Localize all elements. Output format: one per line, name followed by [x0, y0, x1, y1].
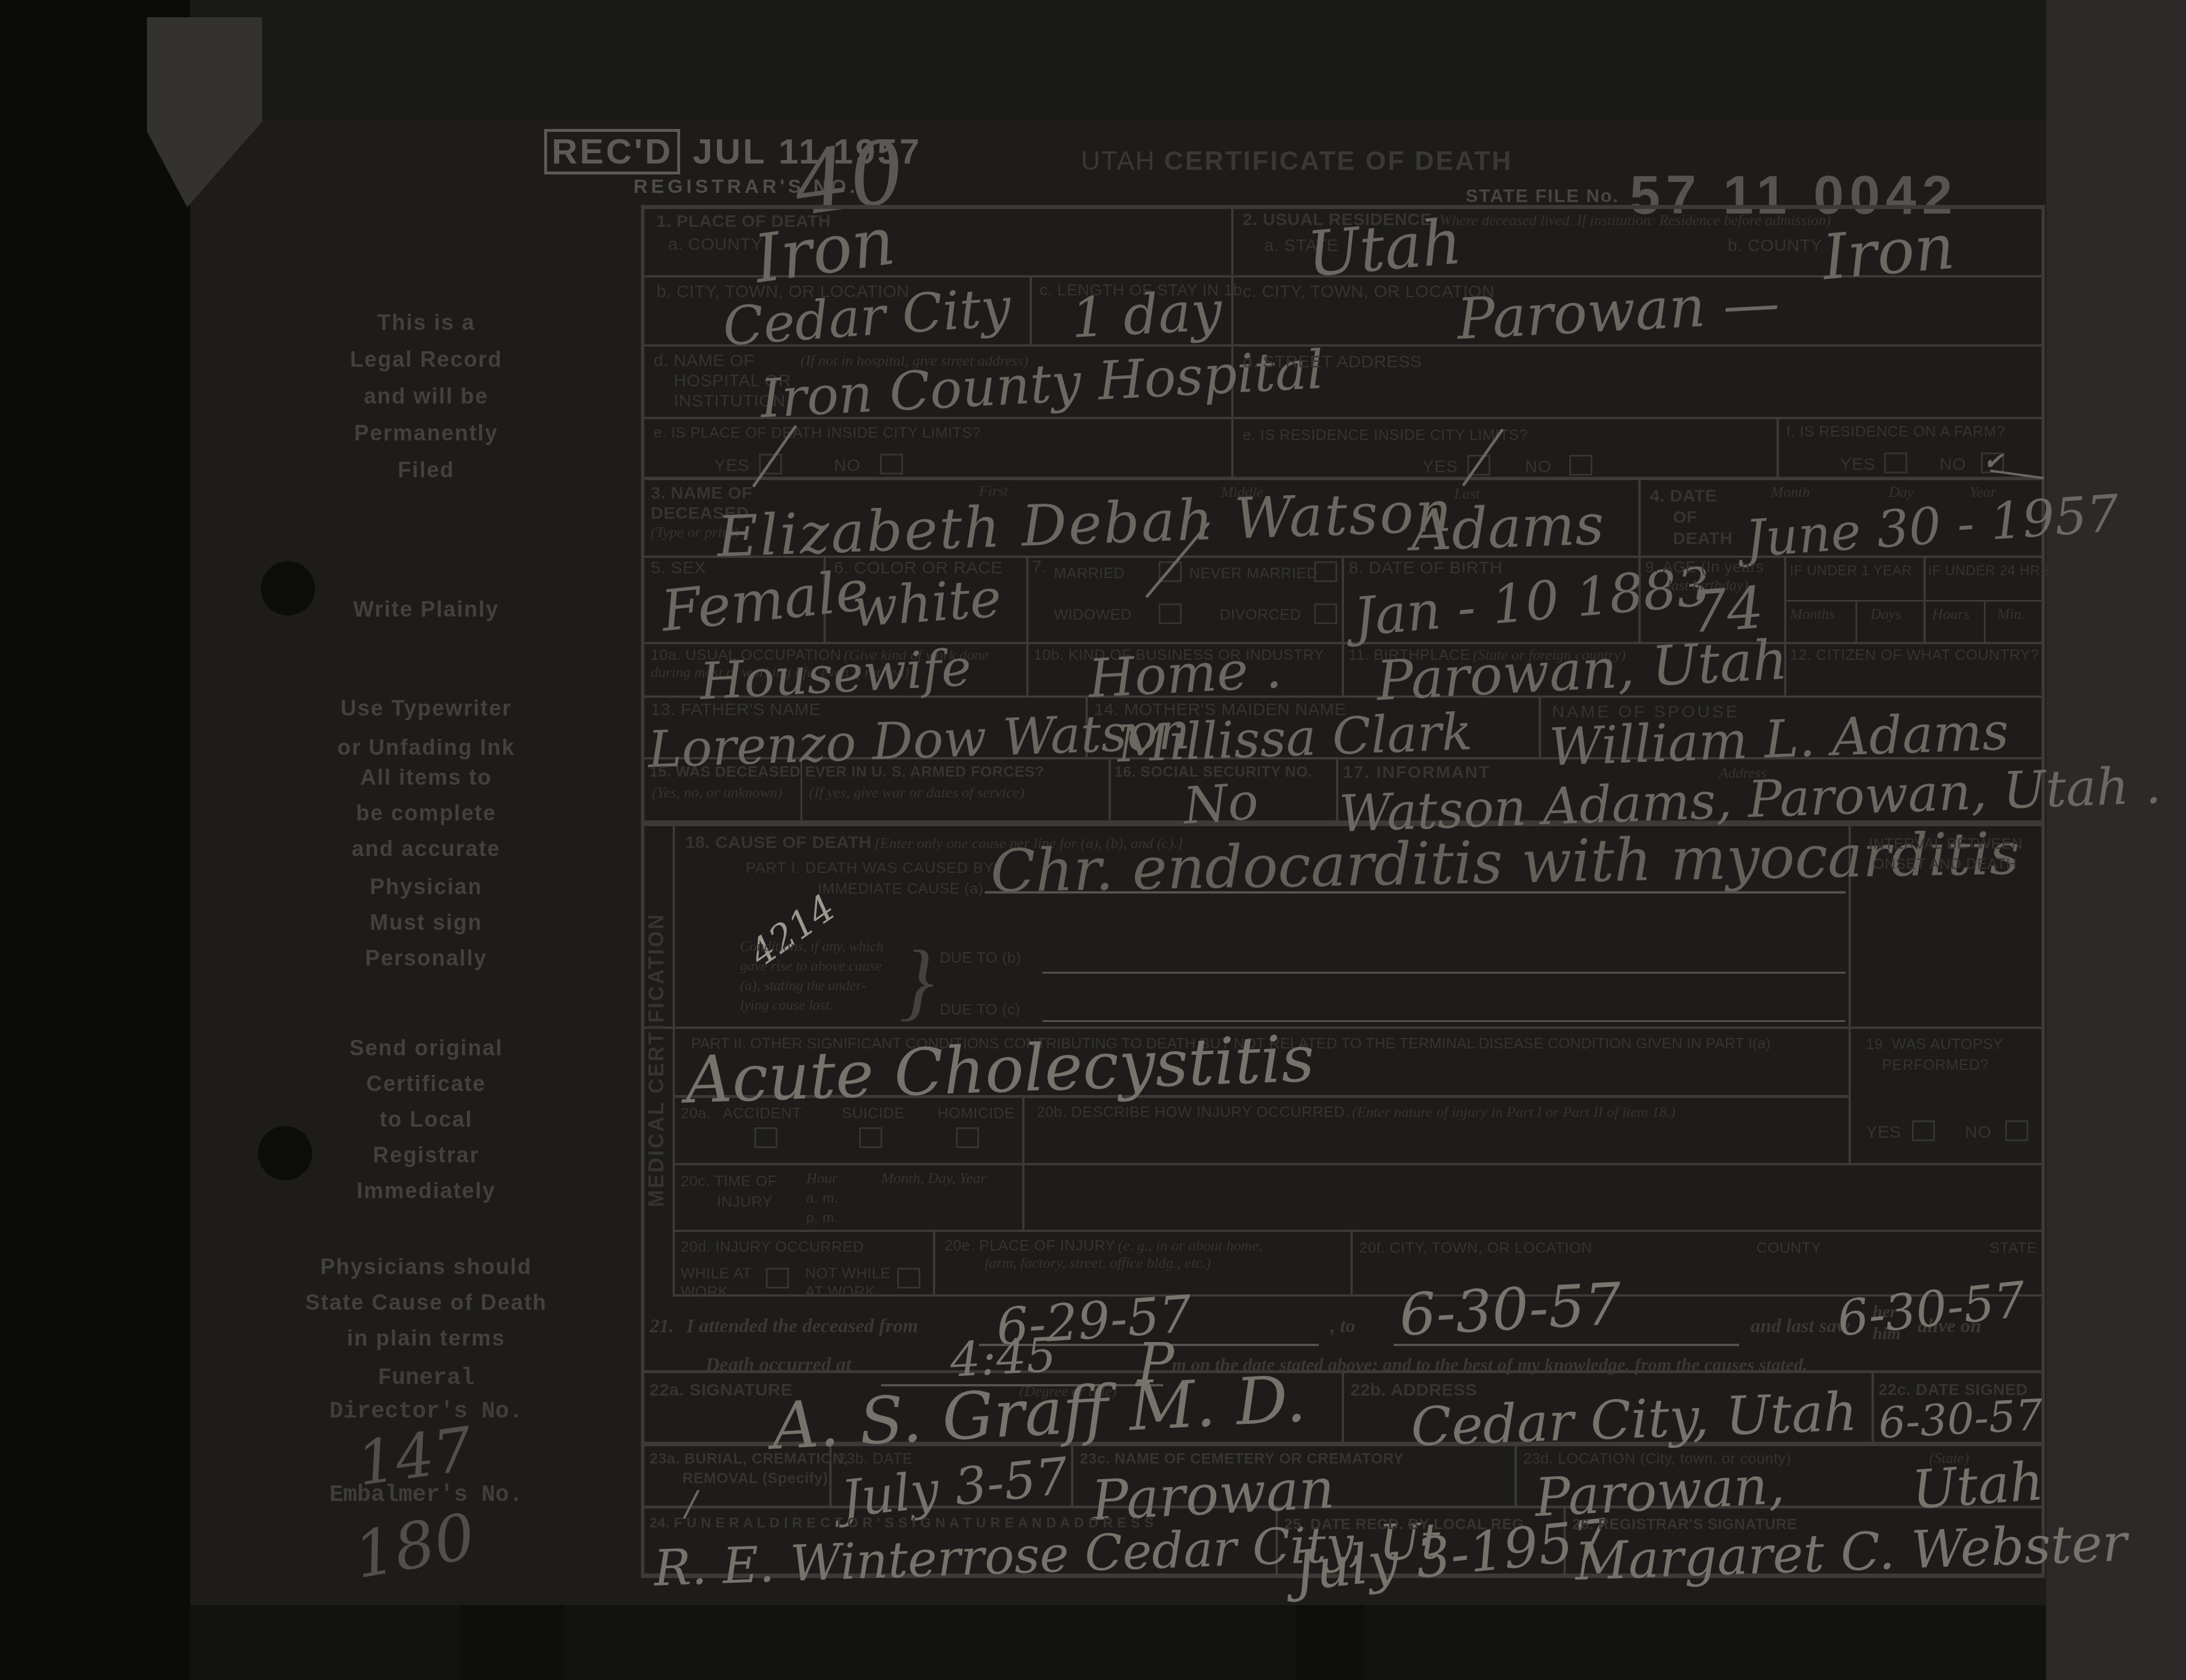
- margin-note-typewriter: or Unfading Ink: [271, 736, 582, 761]
- attended-number: 21.: [650, 1316, 674, 1337]
- state-file-label: STATE FILE No.: [1466, 185, 1619, 207]
- margin-note-items: and accurate: [271, 837, 582, 862]
- attended-to-value: 6-30-57: [1398, 1275, 1623, 1344]
- date-signed-value: 6-30-57: [1877, 1394, 2044, 1445]
- scan-streak: [461, 1605, 564, 1680]
- yes-label: YES: [714, 456, 750, 476]
- margin-note-cause: Physicians should: [271, 1255, 582, 1280]
- suicide-label: SUICIDE: [842, 1104, 905, 1122]
- suicide-checkbox: [859, 1127, 882, 1148]
- margin-note-legal: This is a: [271, 311, 582, 336]
- autopsy-label: PERFORMED?: [1882, 1056, 1989, 1074]
- divorced-checkbox: [1314, 603, 1337, 624]
- time-of-injury-label: INJURY: [717, 1193, 772, 1211]
- month-day-year-header: Month, Day, Year: [881, 1170, 986, 1187]
- death-city-limits-no-checkbox: [880, 454, 903, 474]
- date-of-death-label: 4. DATE: [1650, 486, 1717, 506]
- grid-divider: [1984, 600, 1986, 642]
- due-b-line: [1042, 972, 1846, 974]
- grid-divider: [1109, 757, 1111, 820]
- describe-injury-text: 20b. DESCRIBE HOW INJURY OCCURRED.: [1037, 1103, 1349, 1120]
- homicide-checkbox: [956, 1127, 979, 1148]
- residence-city-value: Parowan —: [1456, 275, 1781, 348]
- armed-forces-note2: (If yes, give war or dates of service): [809, 784, 1024, 801]
- grid-divider: [1022, 1095, 1024, 1230]
- box-border-right: [2041, 205, 2045, 1577]
- am-label: a. m.: [806, 1191, 838, 1207]
- funeral-director-no-label: Funeral: [271, 1366, 582, 1392]
- not-while-at-work-label: AT WORK: [805, 1283, 875, 1301]
- place-of-injury-note2: farm, factory, street, office bldg., etc…: [985, 1255, 1211, 1271]
- min-header: Min.: [1997, 606, 2025, 623]
- margin-note-physician: Personally: [271, 947, 582, 971]
- citizen-label: 12. CITIZEN OF WHAT COUNTRY?: [1790, 646, 2039, 664]
- not-while-at-work-label: NOT WHILE: [805, 1264, 890, 1282]
- month-header: Month: [1771, 484, 1810, 501]
- margin-note-physician: Physician: [271, 875, 582, 900]
- margin-note-write-plainly: Write Plainly: [271, 598, 582, 622]
- grid-line: [673, 1230, 2044, 1232]
- residence-county-label: b. COUNTY: [1728, 236, 1823, 256]
- residence-city-limits-no-checkbox: [1569, 455, 1592, 476]
- grid-divider: [1855, 600, 1857, 642]
- margin-note-send: Registrar: [271, 1143, 582, 1168]
- county-value: Iron: [750, 208, 898, 294]
- mother-name-value: Millissa Clark: [1117, 706, 1473, 769]
- name-of-deceased-label: 3. NAME OF: [651, 484, 753, 503]
- burial-label: 23a. BURIAL, CREMATION,: [650, 1450, 848, 1468]
- hours-header: Hours: [1932, 606, 1969, 623]
- grid-divider: [1350, 1230, 1353, 1294]
- margin-note-send: Certificate: [271, 1072, 582, 1097]
- accident-checkbox: [754, 1127, 777, 1148]
- injury-county-label: COUNTY: [1756, 1239, 1821, 1257]
- autopsy-label: 19. WAS AUTOPSY: [1866, 1035, 2003, 1053]
- no-label: NO: [1525, 457, 1551, 477]
- residence-farm-yes-checkbox: [1884, 453, 1907, 473]
- part1-label: PART I. DEATH WAS CAUSED BY:: [746, 859, 998, 877]
- death-city-limits-label: e. IS PLACE OF DEATH INSIDE CITY LIMITS?: [654, 424, 981, 442]
- scan-right-band: [2046, 0, 2186, 1680]
- interval-label: INTERVAL BETWEEN: [1869, 835, 2023, 853]
- death-occurred-text: Death occurred at: [705, 1354, 851, 1376]
- grid-divider: [1342, 556, 1344, 695]
- cause-a-line: [985, 891, 1846, 894]
- marital-number: 7.: [1032, 557, 1047, 577]
- margin-note-legal: Legal Record: [271, 348, 582, 373]
- no-label: NO: [1940, 455, 1966, 474]
- occupation-value: Housewife: [699, 643, 973, 708]
- margin-note-legal: Permanently: [271, 421, 582, 446]
- pm-label: p. m.: [806, 1210, 838, 1226]
- if-under-24-hrs-label: IF UNDER 24 HRS.: [1928, 563, 2054, 579]
- homicide-label: HOMICIDE: [938, 1104, 1015, 1122]
- margin-note-typewriter: Use Typewriter: [271, 697, 582, 721]
- widowed-checkbox: [1159, 603, 1182, 624]
- age-label: 9. AGE (In years: [1645, 558, 1764, 576]
- margin-note-cause: in plain terms: [271, 1326, 582, 1351]
- embalmer-no-value: 180: [350, 1504, 480, 1588]
- street-address-label: d. STREET ADDRESS: [1243, 352, 1422, 372]
- margin-note-items: be complete: [271, 801, 582, 826]
- residence-state-value: Utah: [1305, 211, 1464, 287]
- place-of-injury-note1: (e. g., in or about home,: [1118, 1237, 1263, 1254]
- margin-note-cause: State Cause of Death: [271, 1291, 582, 1316]
- cemetery-location-state-value: Utah: [1910, 1455, 2045, 1517]
- margin-note-legal: and will be: [271, 385, 582, 409]
- attended-to-line: [1394, 1344, 1739, 1346]
- length-of-stay-value: 1 day: [1070, 284, 1223, 347]
- yes-label: YES: [1866, 1123, 1902, 1142]
- usual-residence-title-note: (Where deceased lived. If institution: R…: [1434, 212, 1831, 229]
- armed-forces-label: 15. WAS DECEASED EVER IN U. S. ARMED FOR…: [650, 763, 1045, 781]
- yes-label: YES: [1422, 457, 1458, 477]
- accident-group-number: 20a.: [681, 1104, 711, 1122]
- if-under-1-year-label: IF UNDER 1 YEAR: [1790, 563, 1912, 579]
- no-label: NO: [834, 456, 860, 476]
- scan-left-band: [0, 0, 190, 1680]
- attended-to-text: , to: [1330, 1316, 1355, 1337]
- page-title: UTAH CERTIFICATE OF DEATH: [1081, 145, 1513, 176]
- margin-note-send: to Local: [271, 1108, 582, 1132]
- cause-of-death-label: 18. CAUSE OF DEATH: [685, 833, 872, 852]
- married-label: MARRIED: [1054, 564, 1125, 582]
- date-of-death-label: OF: [1673, 508, 1698, 527]
- burial-label2-text: REMOVAL (Specify): [682, 1469, 828, 1487]
- county-label: a. COUNTY: [668, 235, 763, 254]
- grid-divider: [1872, 1370, 1874, 1442]
- margin-note-legal: Filed: [271, 458, 582, 483]
- deceased-lastname-value: Adams: [1410, 496, 1604, 560]
- due-c-line: [1042, 1020, 1846, 1022]
- injury-state-label: STATE: [1990, 1239, 2037, 1257]
- grid-divider: [1030, 275, 1032, 344]
- margin-note-items: All items to: [271, 766, 582, 790]
- place-of-injury-text: 20e. PLACE OF INJURY: [944, 1237, 1115, 1254]
- injury-city-label: 20f. CITY, TOWN, OR LOCATION: [1359, 1239, 1592, 1257]
- residence-city-limits-label: e. IS RESIDENCE INSIDE CITY LIMITS?: [1243, 426, 1528, 444]
- never-married-label: NEVER MARRIED: [1189, 564, 1318, 582]
- grid-line: [641, 477, 2044, 480]
- medical-strip-divider: [673, 826, 675, 1294]
- place-of-injury-label: 20e. PLACE OF INJURY (e. g., in or about…: [944, 1237, 1342, 1272]
- not-while-at-work-checkbox: [897, 1268, 920, 1288]
- describe-injury-label: 20b. DESCRIBE HOW INJURY OCCURRED. (Ente…: [1037, 1103, 1675, 1121]
- date-of-death-label: DEATH: [1673, 529, 1733, 549]
- grid-divider: [933, 1230, 935, 1294]
- medical-certification-label: MEDICAL CERTIFICATION: [644, 801, 669, 1319]
- days-header: Days: [1870, 606, 1901, 623]
- while-at-work-checkbox: [766, 1268, 789, 1288]
- burial-label2: REMOVAL (Specify): [682, 1469, 828, 1487]
- never-married-checkbox: [1314, 561, 1337, 582]
- no-label: NO: [1965, 1123, 1991, 1142]
- armed-forces-note1: (Yes, no, or unknown): [652, 784, 783, 801]
- immediate-cause-label: IMMEDIATE CAUSE (a): [818, 880, 984, 898]
- last-saw-text: and last saw: [1751, 1316, 1850, 1337]
- grid-divider: [1923, 556, 1926, 642]
- grid-line: [673, 1163, 2044, 1165]
- scan-streak: [1296, 1605, 1365, 1680]
- autopsy-yes-checkbox: [1912, 1120, 1935, 1141]
- page-title-state: UTAH: [1081, 146, 1164, 176]
- grid-line: [641, 1027, 2044, 1029]
- conditions-note: Conditions, if any, which gave rise to a…: [740, 937, 893, 1016]
- grid-divider: [1342, 1370, 1344, 1442]
- due-to-b-label: DUE TO (b): [940, 949, 1021, 967]
- interval-label: ONSET AND DEATH: [1873, 855, 2017, 873]
- attended-text: I attended the deceased from: [686, 1316, 918, 1337]
- grid-divider: [1539, 695, 1541, 757]
- grid-divider: [1071, 1442, 1073, 1506]
- physician-address-value: Cedar City, Utah: [1410, 1385, 1858, 1454]
- time-of-injury-label: 20c. TIME OF: [681, 1172, 777, 1190]
- residence-farm-label: f. IS RESIDENCE ON A FARM?: [1786, 423, 2005, 440]
- age-sub-line: [1784, 600, 2044, 602]
- margin-note-send: Immediately: [271, 1179, 582, 1204]
- injury-occurred-label: 20d. INJURY OCCURRED: [681, 1238, 864, 1256]
- business-value: Home .: [1087, 643, 1283, 705]
- received-stamp-word: REC'D: [544, 129, 680, 174]
- grid-divider: [1231, 205, 1234, 477]
- while-at-work-label: WORK: [681, 1283, 728, 1301]
- page-title-main: CERTIFICATE OF DEATH: [1164, 146, 1513, 176]
- divorced-label: DIVORCED: [1220, 606, 1301, 624]
- yes-label: YES: [1840, 455, 1876, 474]
- margin-note-physician: Must sign: [271, 911, 582, 936]
- embalmer-no-label: Embalmer's No.: [271, 1483, 582, 1508]
- grid-divider: [1777, 417, 1779, 477]
- ssn-value: No: [1182, 776, 1260, 832]
- hospital-label: d. NAME OF: [654, 351, 754, 371]
- while-at-work-label: WHILE AT: [681, 1264, 752, 1282]
- describe-injury-note: (Enter nature of injury in Part I or Par…: [1352, 1104, 1676, 1120]
- widowed-label: WIDOWED: [1054, 606, 1132, 624]
- months-header: Months: [1790, 606, 1835, 623]
- margin-note-send: Send original: [271, 1036, 582, 1061]
- scanned-death-certificate: REC'D JUL 11 1957 REGISTRAR'S NO. 40 UTA…: [0, 0, 2186, 1680]
- autopsy-no-checkbox: [2005, 1120, 2028, 1141]
- immediate-cause-value: Chr. endocarditis with myocarditis: [990, 824, 2020, 901]
- scan-top-band: [190, 0, 2046, 120]
- hour-header: Hour: [806, 1170, 838, 1187]
- conditions-brace: }: [900, 932, 934, 1031]
- accident-label: ACCIDENT: [723, 1104, 802, 1122]
- residence-county-value: Iron: [1820, 216, 1957, 290]
- grid-divider: [1026, 556, 1029, 695]
- due-to-c-label: DUE TO (c): [940, 1001, 1020, 1018]
- color-race-value: white: [851, 572, 1003, 635]
